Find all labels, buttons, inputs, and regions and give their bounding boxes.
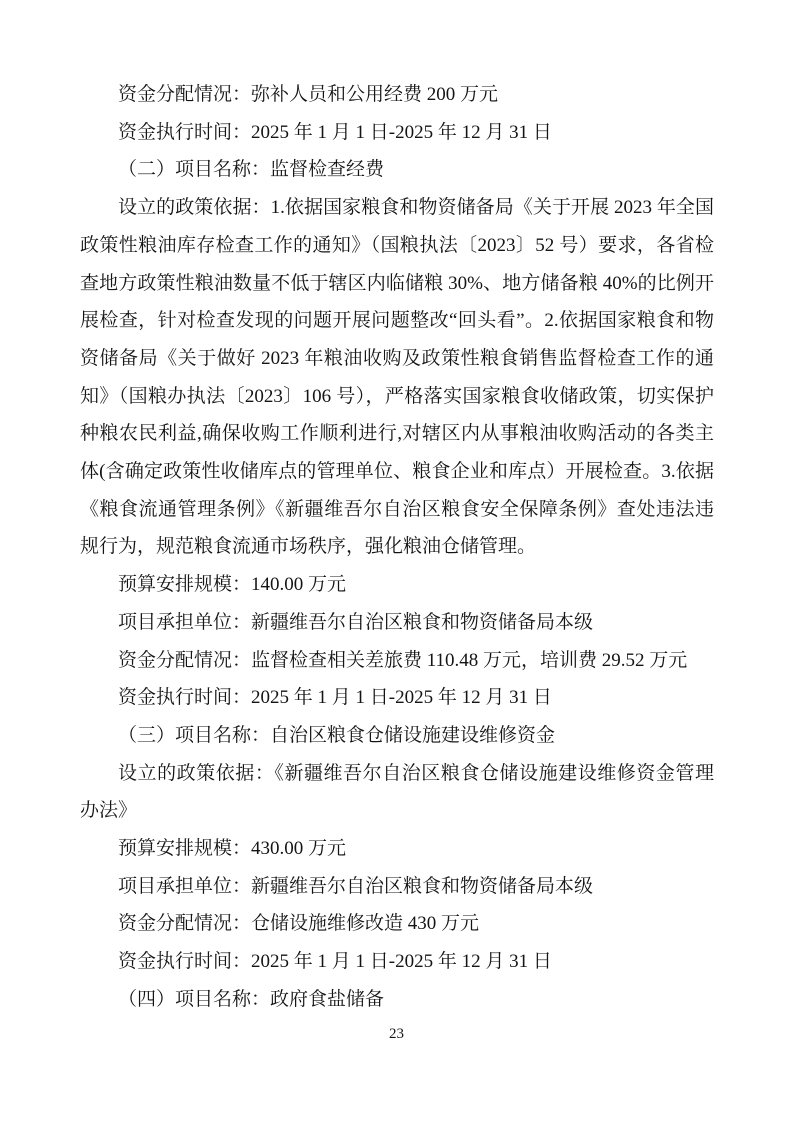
paragraph: 项目承担单位：新疆维吾尔自治区粮食和物资储备局本级: [80, 868, 714, 906]
paragraph: 资金分配情况：监督检查相关差旅费 110.48 万元，培训费 29.52 万元: [80, 642, 714, 680]
page-number: 23: [0, 1024, 793, 1044]
paragraph: （二）项目名称：监督检查经费: [80, 151, 714, 189]
document-page: 资金分配情况：弥补人员和公用经费 200 万元资金执行时间：2025 年 1 月…: [0, 0, 793, 1122]
paragraph: 预算安排规模：430.00 万元: [80, 830, 714, 868]
paragraph: （四）项目名称：政府食盐储备: [80, 981, 714, 1019]
document-body: 资金分配情况：弥补人员和公用经费 200 万元资金执行时间：2025 年 1 月…: [80, 76, 714, 1019]
paragraph: 项目承担单位：新疆维吾尔自治区粮食和物资储备局本级: [80, 604, 714, 642]
paragraph: 资金执行时间：2025 年 1 月 1 日-2025 年 12 月 31 日: [80, 943, 714, 981]
paragraph: （三）项目名称：自治区粮食仓储设施建设维修资金: [80, 717, 714, 755]
paragraph: 资金分配情况：弥补人员和公用经费 200 万元: [80, 76, 714, 114]
paragraph: 设立的政策依据：《新疆维吾尔自治区粮食仓储设施建设维修资金管理办法》: [80, 755, 714, 830]
paragraph: 资金执行时间：2025 年 1 月 1 日-2025 年 12 月 31 日: [80, 114, 714, 152]
paragraph: 设立的政策依据：1.依据国家粮食和物资储备局《关于开展 2023 年全国政策性粮…: [80, 189, 714, 566]
paragraph: 资金分配情况：仓储设施维修改造 430 万元: [80, 905, 714, 943]
paragraph: 预算安排规模：140.00 万元: [80, 566, 714, 604]
paragraph: 资金执行时间：2025 年 1 月 1 日-2025 年 12 月 31 日: [80, 679, 714, 717]
